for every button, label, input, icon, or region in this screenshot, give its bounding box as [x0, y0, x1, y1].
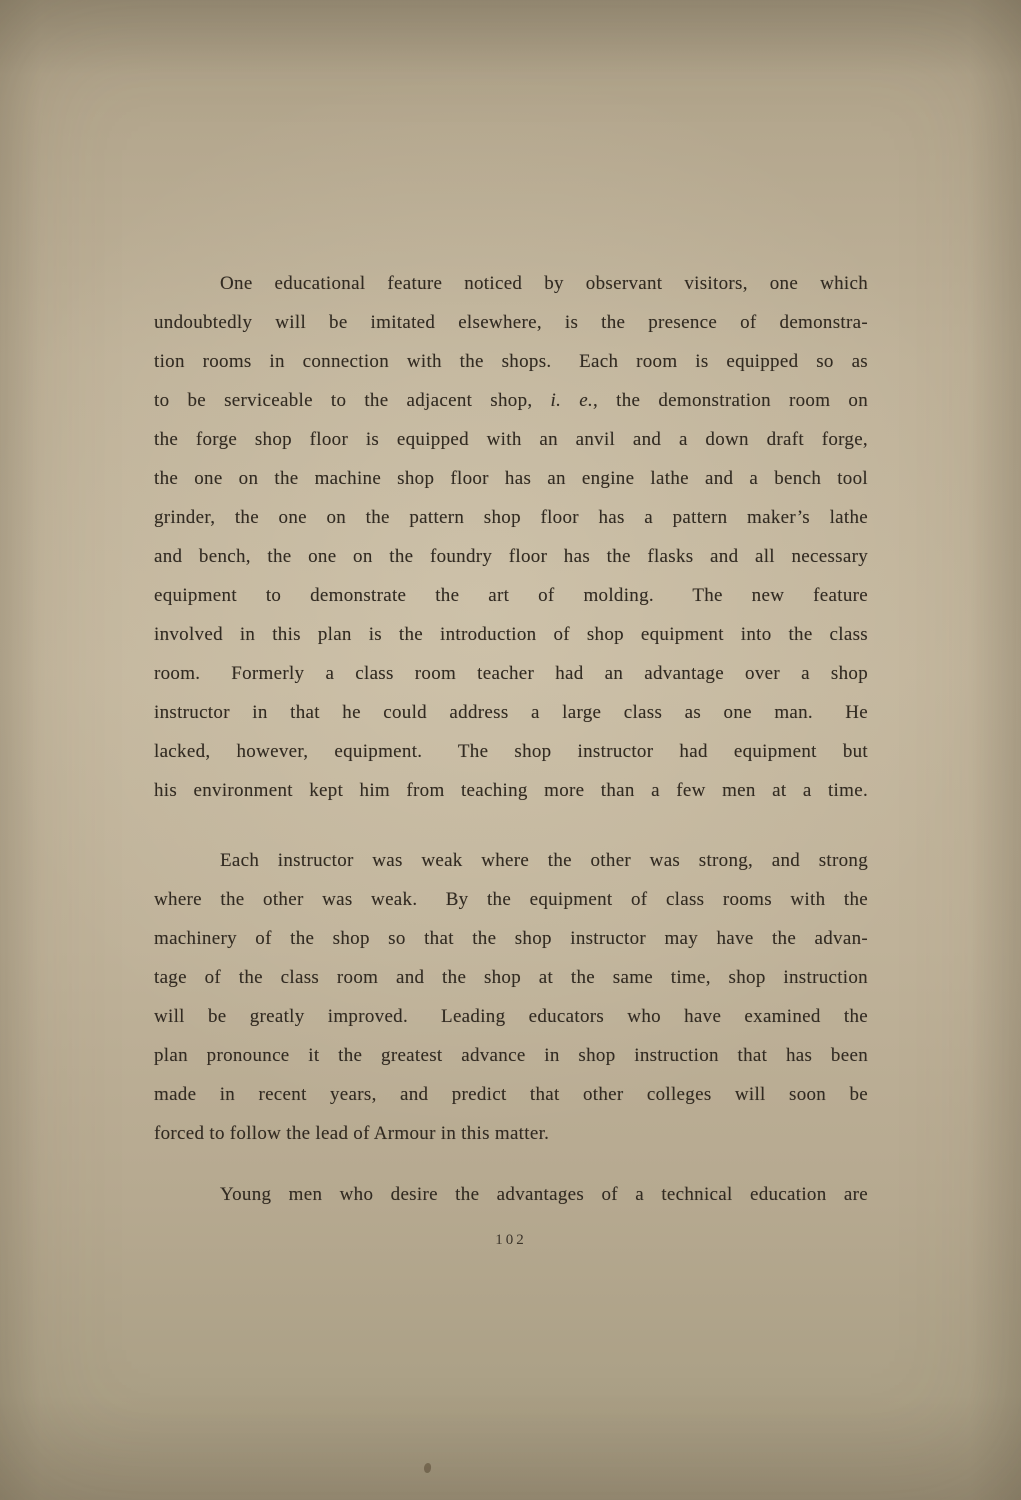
text-line: grinder, the one on the pattern shop flo… [154, 498, 868, 537]
text-line: involved in this plan is the introductio… [154, 615, 868, 654]
text-line: forced to follow the lead of Armour in t… [154, 1114, 868, 1153]
text-line: to be serviceable to the adjacent shop, … [154, 381, 868, 420]
text-line: his environment kept him from teaching m… [154, 771, 868, 810]
text-line: equipment to demonstrate the art of mold… [154, 576, 868, 615]
text-line: machinery of the shop so that the shop i… [154, 919, 868, 958]
paragraph: One educational feature noticed by obser… [154, 264, 868, 810]
text-line: instructor in that he could address a la… [154, 693, 868, 732]
text-line: tage of the class room and the shop at t… [154, 958, 868, 997]
text-block: One educational feature noticed by obser… [154, 264, 868, 1214]
text-line: tion rooms in connection with the shops.… [154, 342, 868, 381]
text-line: Each instructor was weak where the other… [154, 841, 868, 880]
paragraph: Young men who desire the advantages of a… [154, 1175, 868, 1214]
text-line: lacked, however, equipment. The shop ins… [154, 732, 868, 771]
text-line: plan pronounce it the greatest advance i… [154, 1036, 868, 1075]
paragraph: Each instructor was weak where the other… [154, 841, 868, 1153]
ink-speck [423, 1463, 431, 1474]
text-line: the one on the machine shop floor has an… [154, 459, 868, 498]
text-line: where the other was weak. By the equipme… [154, 880, 868, 919]
text-line: and bench, the one on the foundry floor … [154, 537, 868, 576]
text-line: room. Formerly a class room teacher had … [154, 654, 868, 693]
text-line: the forge shop floor is equipped with an… [154, 420, 868, 459]
page-number: 102 [154, 1232, 868, 1249]
text-line: Young men who desire the advantages of a… [154, 1175, 868, 1214]
text-line: One educational feature noticed by obser… [154, 264, 868, 303]
text-line: will be greatly improved. Leading educat… [154, 997, 868, 1036]
text-line: undoubtedly will be imitated elsewhere, … [154, 303, 868, 342]
text-line: made in recent years, and predict that o… [154, 1075, 868, 1114]
